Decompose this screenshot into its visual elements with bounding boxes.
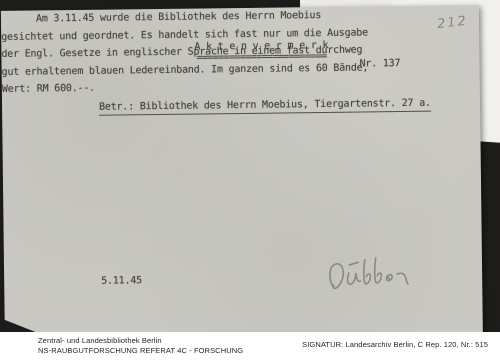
handwritten-page-number: 212 — [436, 14, 468, 32]
memo-subject-line: Betr.: Bibliothek des Herrn Moebius, Tie… — [99, 98, 431, 116]
signature-stroke-icon — [317, 245, 421, 305]
memo-date: 5.11.45 — [101, 275, 142, 286]
footer-institution: Zentral- und Landesbibliothek Berlin NS-… — [38, 336, 243, 355]
footer-signatur: SIGNATUR: Landesarchiv Berlin, C Rep. 12… — [302, 340, 488, 349]
scanned-document-page: A k t e n v e r m e r k ================… — [0, 0, 500, 360]
memo-body-line: Wert: RM 600.--. — [2, 76, 384, 98]
digitization-footer: Zentral- und Landesbibliothek Berlin NS-… — [0, 332, 500, 360]
footer-institution-line1: Zentral- und Landesbibliothek Berlin — [38, 336, 243, 346]
memo-paper: A k t e n v e r m e r k ================… — [1, 5, 483, 360]
footer-institution-line2: NS-RAUBGUTFORSCHUNG REFERAT 4C - FORSCHU… — [38, 346, 243, 356]
memo-number: Nr. 137 — [359, 58, 400, 69]
handwritten-signature — [317, 245, 421, 305]
scanner-background-sliver — [0, 318, 38, 333]
